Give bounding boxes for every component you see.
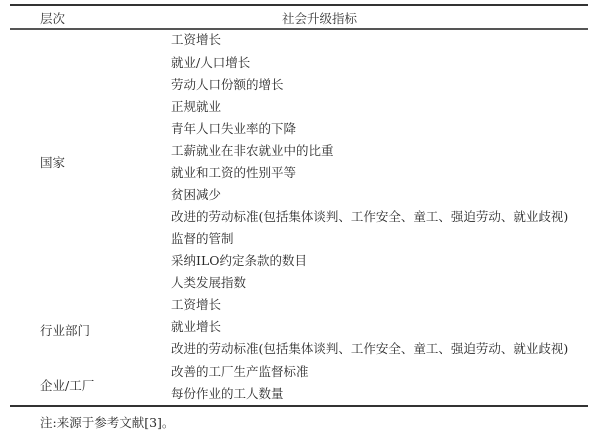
indicator: 工薪就业在非农就业中的比重 bbox=[171, 143, 334, 159]
indicator: 人类发展指数 bbox=[171, 275, 246, 291]
level-enterprise: 企业/工厂 bbox=[40, 376, 94, 394]
indicator: 工资增长 bbox=[171, 32, 221, 48]
level-country: 国家 bbox=[40, 153, 65, 171]
indicator: 每份作业的工人数量 bbox=[171, 386, 284, 402]
level-sector: 行业部门 bbox=[40, 321, 90, 339]
indicator: 监督的管制 bbox=[171, 231, 234, 247]
table-bottom-rule bbox=[10, 405, 588, 407]
indicator: 工资增长 bbox=[171, 297, 221, 313]
indicator: 就业增长 bbox=[171, 319, 221, 335]
indicator: 正规就业 bbox=[171, 99, 221, 115]
indicator: 就业和工资的性别平等 bbox=[171, 165, 296, 181]
indicator: 改善的工厂生产监督标准 bbox=[171, 364, 309, 380]
indicator: 改进的劳动标准(包括集体谈判、工作安全、童工、强迫劳动、就业歧视) bbox=[171, 209, 568, 225]
indicator: 劳动人口份额的增长 bbox=[171, 77, 284, 93]
header-indicators: 社会升级指标 bbox=[282, 9, 357, 27]
header-level: 层次 bbox=[40, 9, 65, 27]
indicator: 青年人口失业率的下降 bbox=[171, 121, 296, 137]
indicator: 就业/人口增长 bbox=[171, 55, 250, 71]
indicator: 贫困减少 bbox=[171, 187, 221, 203]
indicator: 采纳ILO约定条款的数目 bbox=[171, 253, 307, 269]
indicator: 改进的劳动标准(包括集体谈判、工作安全、童工、强迫劳动、就业歧视) bbox=[171, 341, 568, 357]
table-top-rule bbox=[10, 4, 588, 6]
table-note: 注:来源于参考文献[3]。 bbox=[40, 413, 174, 431]
table-header-rule bbox=[10, 28, 588, 30]
